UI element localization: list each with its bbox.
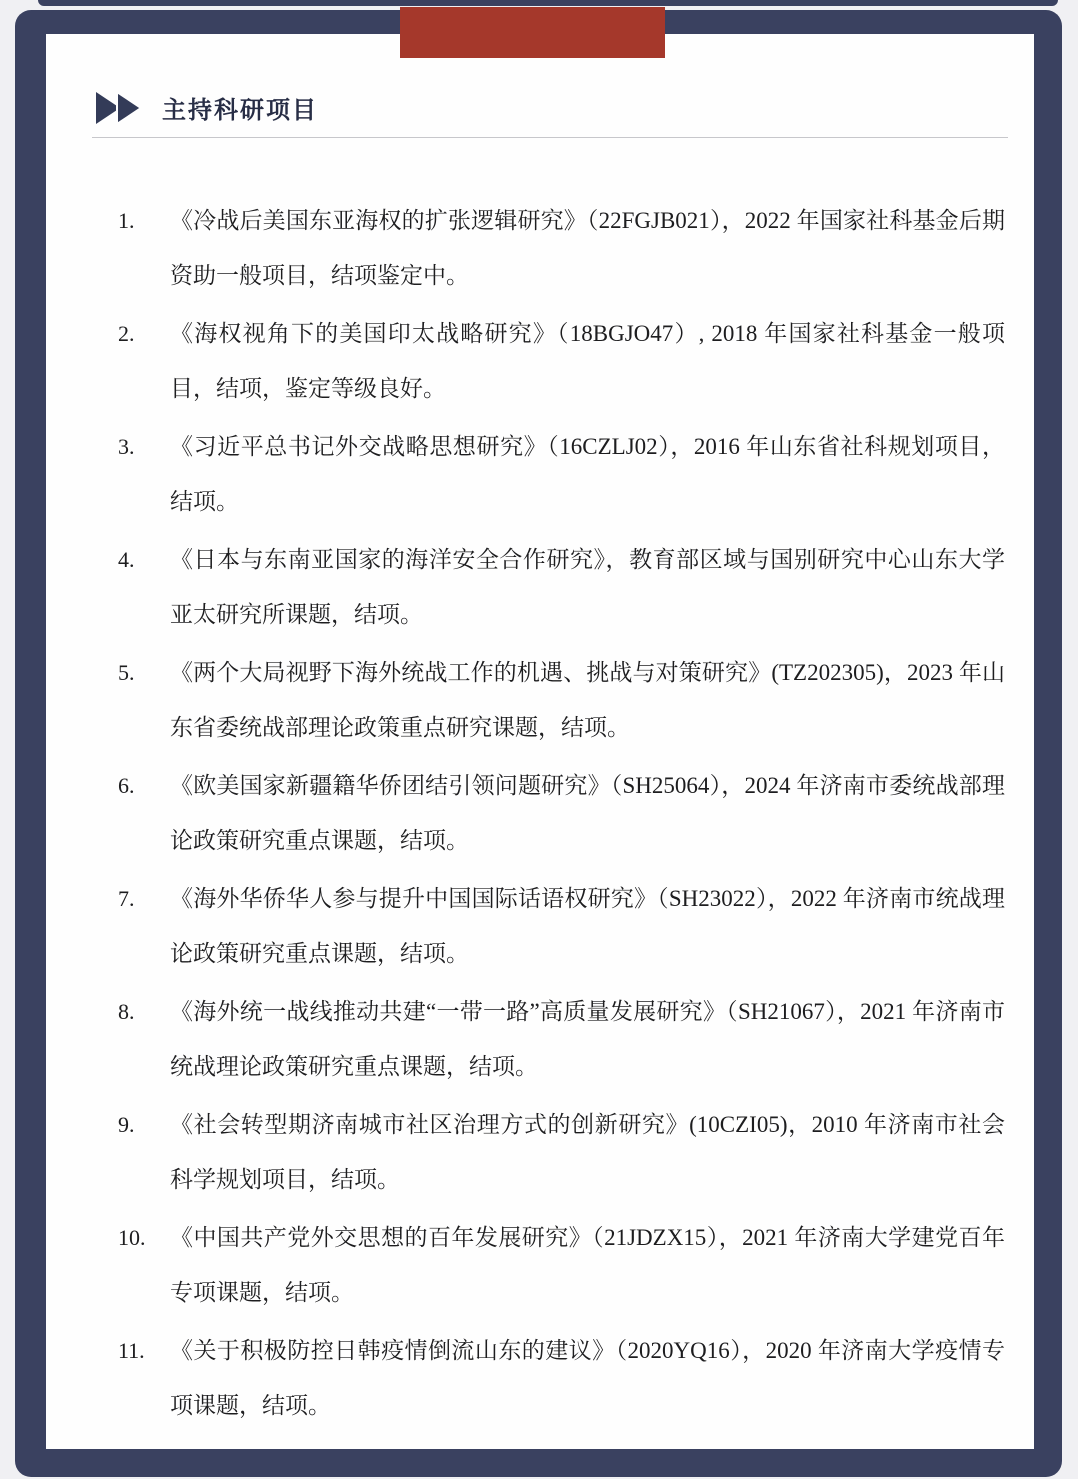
card-content: 主持科研项目 1. 《冷战后美国东亚海权的扩张逻辑研究》（22FGJB021），… <box>46 34 1034 1449</box>
project-text: 《海外华侨华人参与提升中国国际话语权研究》（SH23022），2022 年济南市… <box>170 871 1005 981</box>
project-text: 《社会转型期济南城市社区治理方式的创新研究》(10CZI05)，2010 年济南… <box>170 1097 1005 1207</box>
red-accent-tab <box>400 7 665 58</box>
section-title: 主持科研项目 <box>162 90 318 125</box>
project-item: 10. 《中国共产党外交思想的百年发展研究》（21JDZX15），2021 年济… <box>118 1210 1005 1320</box>
project-text: 《关于积极防控日韩疫情倒流山东的建议》（2020YQ16），2020 年济南大学… <box>170 1323 1005 1433</box>
project-item: 11. 《关于积极防控日韩疫情倒流山东的建议》（2020YQ16），2020 年… <box>118 1323 1005 1433</box>
section-header: 主持科研项目 <box>94 90 1008 125</box>
project-text: 《欧美国家新疆籍华侨团结引领问题研究》（SH25064），2024 年济南市委统… <box>170 758 1005 868</box>
project-text: 《海外统一战线推动共建“一带一路”高质量发展研究》（SH21067），2021 … <box>170 984 1005 1094</box>
project-item: 1. 《冷战后美国东亚海权的扩张逻辑研究》（22FGJB021），2022 年国… <box>118 193 1005 303</box>
project-number: 8. <box>118 984 170 1094</box>
document-card: 主持科研项目 1. 《冷战后美国东亚海权的扩张逻辑研究》（22FGJB021），… <box>15 10 1062 1477</box>
previous-card-bottom-edge <box>38 0 1058 6</box>
project-item: 7. 《海外华侨华人参与提升中国国际话语权研究》（SH23022），2022 年… <box>118 871 1005 981</box>
project-text: 《习近平总书记外交战略思想研究》（16CZLJ02），2016 年山东省社科规划… <box>170 419 1005 529</box>
project-number: 5. <box>118 645 170 755</box>
project-number: 1. <box>118 193 170 303</box>
project-text: 《冷战后美国东亚海权的扩张逻辑研究》（22FGJB021），2022 年国家社科… <box>170 193 1005 303</box>
project-item: 5. 《两个大局视野下海外统战工作的机遇、挑战与对策研究》(TZ202305)，… <box>118 645 1005 755</box>
project-item: 8. 《海外统一战线推动共建“一带一路”高质量发展研究》（SH21067），20… <box>118 984 1005 1094</box>
project-item: 3. 《习近平总书记外交战略思想研究》（16CZLJ02），2016 年山东省社… <box>118 419 1005 529</box>
project-number: 11. <box>118 1323 170 1433</box>
project-number: 6. <box>118 758 170 868</box>
header-divider <box>92 137 1008 138</box>
project-item: 2. 《海权视角下的美国印太战略研究》（18BGJO47）, 2018 年国家社… <box>118 306 1005 416</box>
project-item: 4. 《日本与东南亚国家的海洋安全合作研究》，教育部区域与国别研究中心山东大学亚… <box>118 532 1005 642</box>
project-number: 3. <box>118 419 170 529</box>
project-number: 7. <box>118 871 170 981</box>
project-number: 9. <box>118 1097 170 1207</box>
project-number: 10. <box>118 1210 170 1320</box>
project-number: 2. <box>118 306 170 416</box>
double-chevron-right-icon <box>94 91 144 125</box>
project-item: 6. 《欧美国家新疆籍华侨团结引领问题研究》（SH25064），2024 年济南… <box>118 758 1005 868</box>
project-item: 9. 《社会转型期济南城市社区治理方式的创新研究》(10CZI05)，2010 … <box>118 1097 1005 1207</box>
project-text: 《中国共产党外交思想的百年发展研究》（21JDZX15），2021 年济南大学建… <box>170 1210 1005 1320</box>
project-number: 4. <box>118 532 170 642</box>
project-list: 1. 《冷战后美国东亚海权的扩张逻辑研究》（22FGJB021），2022 年国… <box>118 193 1034 1433</box>
project-text: 《海权视角下的美国印太战略研究》（18BGJO47）, 2018 年国家社科基金… <box>170 306 1005 416</box>
project-text: 《两个大局视野下海外统战工作的机遇、挑战与对策研究》(TZ202305)，202… <box>170 645 1005 755</box>
page-background: 主持科研项目 1. 《冷战后美国东亚海权的扩张逻辑研究》（22FGJB021），… <box>0 0 1078 1479</box>
project-text: 《日本与东南亚国家的海洋安全合作研究》，教育部区域与国别研究中心山东大学亚太研究… <box>170 532 1005 642</box>
